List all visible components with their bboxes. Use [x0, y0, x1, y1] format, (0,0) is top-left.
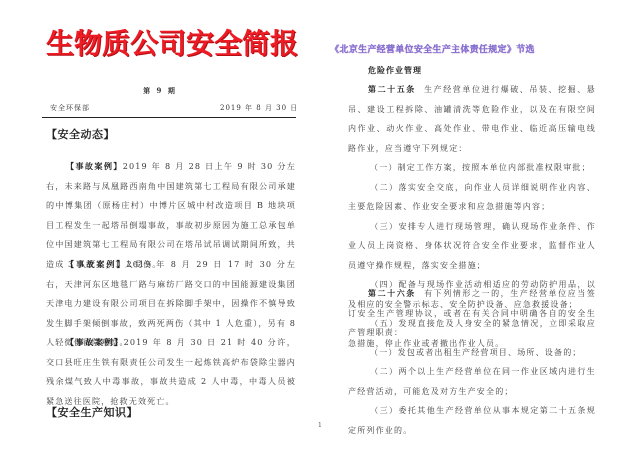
bulletin-title: 生物质公司安全简报	[46, 27, 296, 61]
section-heading-safety-news: 【安全动态】	[46, 126, 115, 142]
case-text: 2019 年 8 月 28 日上午 9 时 30 分左右，未来路与凤凰路西南角中…	[46, 161, 296, 269]
article-label: 第二十五条	[368, 84, 416, 94]
case-label: 【事故案例】	[66, 161, 123, 171]
bulletin-page: 生物质公司安全简报 第 9 期 安全环保部 2019 年 8 月 30 日 【安…	[0, 0, 640, 454]
case-text: 2019 年 8 月 30 日 21 时 40 分许，交口县旺庄生铁有限责任公司…	[46, 337, 296, 406]
case-label: 【事故案例】	[66, 259, 127, 269]
article-item: （三）安排专人进行现场管理，确认现场作业条件、作业人员上岗资格、身体状况符合安全…	[348, 222, 596, 270]
article-item: （二）两个以上生产经营单位在同一作业区域内进行生产经营活动，可能危及对方生产安全…	[348, 367, 596, 396]
article-text: 生产经营单位进行爆破、吊装、挖掘、悬吊、建设工程拆除、油罐清洗等危险作业，以及在…	[348, 85, 596, 153]
article-item: （二）落实安全交底，向作业人员详细说明作业内容、主要危险因素、作业安全要求和应急…	[348, 183, 596, 212]
article-item: （三）委托其他生产经营单位从事本规定第二十五条规定所列作业的。	[348, 406, 596, 435]
article-item: （一）制定工作方案，按照本单位内部批准权限审批；	[370, 163, 591, 172]
header-divider	[42, 117, 296, 118]
regulation-subtitle: 危险作业管理	[368, 65, 422, 76]
article-item: （一）发包或者出租生产经营项目、场所、设备的；	[370, 348, 582, 357]
left-column: 生物质公司安全简报 第 9 期 安全环保部 2019 年 8 月 30 日 【安…	[0, 0, 320, 454]
case-label: 【事故案例】	[66, 337, 124, 347]
issue-number: 第 9 期	[0, 86, 320, 96]
section-heading-safety-knowledge: 【安全生产知识】	[46, 404, 138, 420]
article-26: 第二十六条 有下列情形之一的，生产经营单位应当签订安全生产管理协议，或者在有关合…	[348, 284, 596, 440]
regulation-title: 《北京生产经营单位安全生产主体责任规定》节选	[330, 42, 630, 55]
accident-case-3: 【事故案例】2019 年 8 月 30 日 21 时 40 分许，交口县旺庄生铁…	[46, 333, 296, 411]
article-label: 第二十六条	[368, 288, 416, 298]
publish-date: 2019 年 8 月 30 日	[220, 103, 298, 113]
department: 安全环保部	[50, 103, 90, 113]
right-column: 《北京生产经营单位安全生产主体责任规定》节选 危险作业管理 第二十五条 生产经营…	[320, 0, 640, 454]
